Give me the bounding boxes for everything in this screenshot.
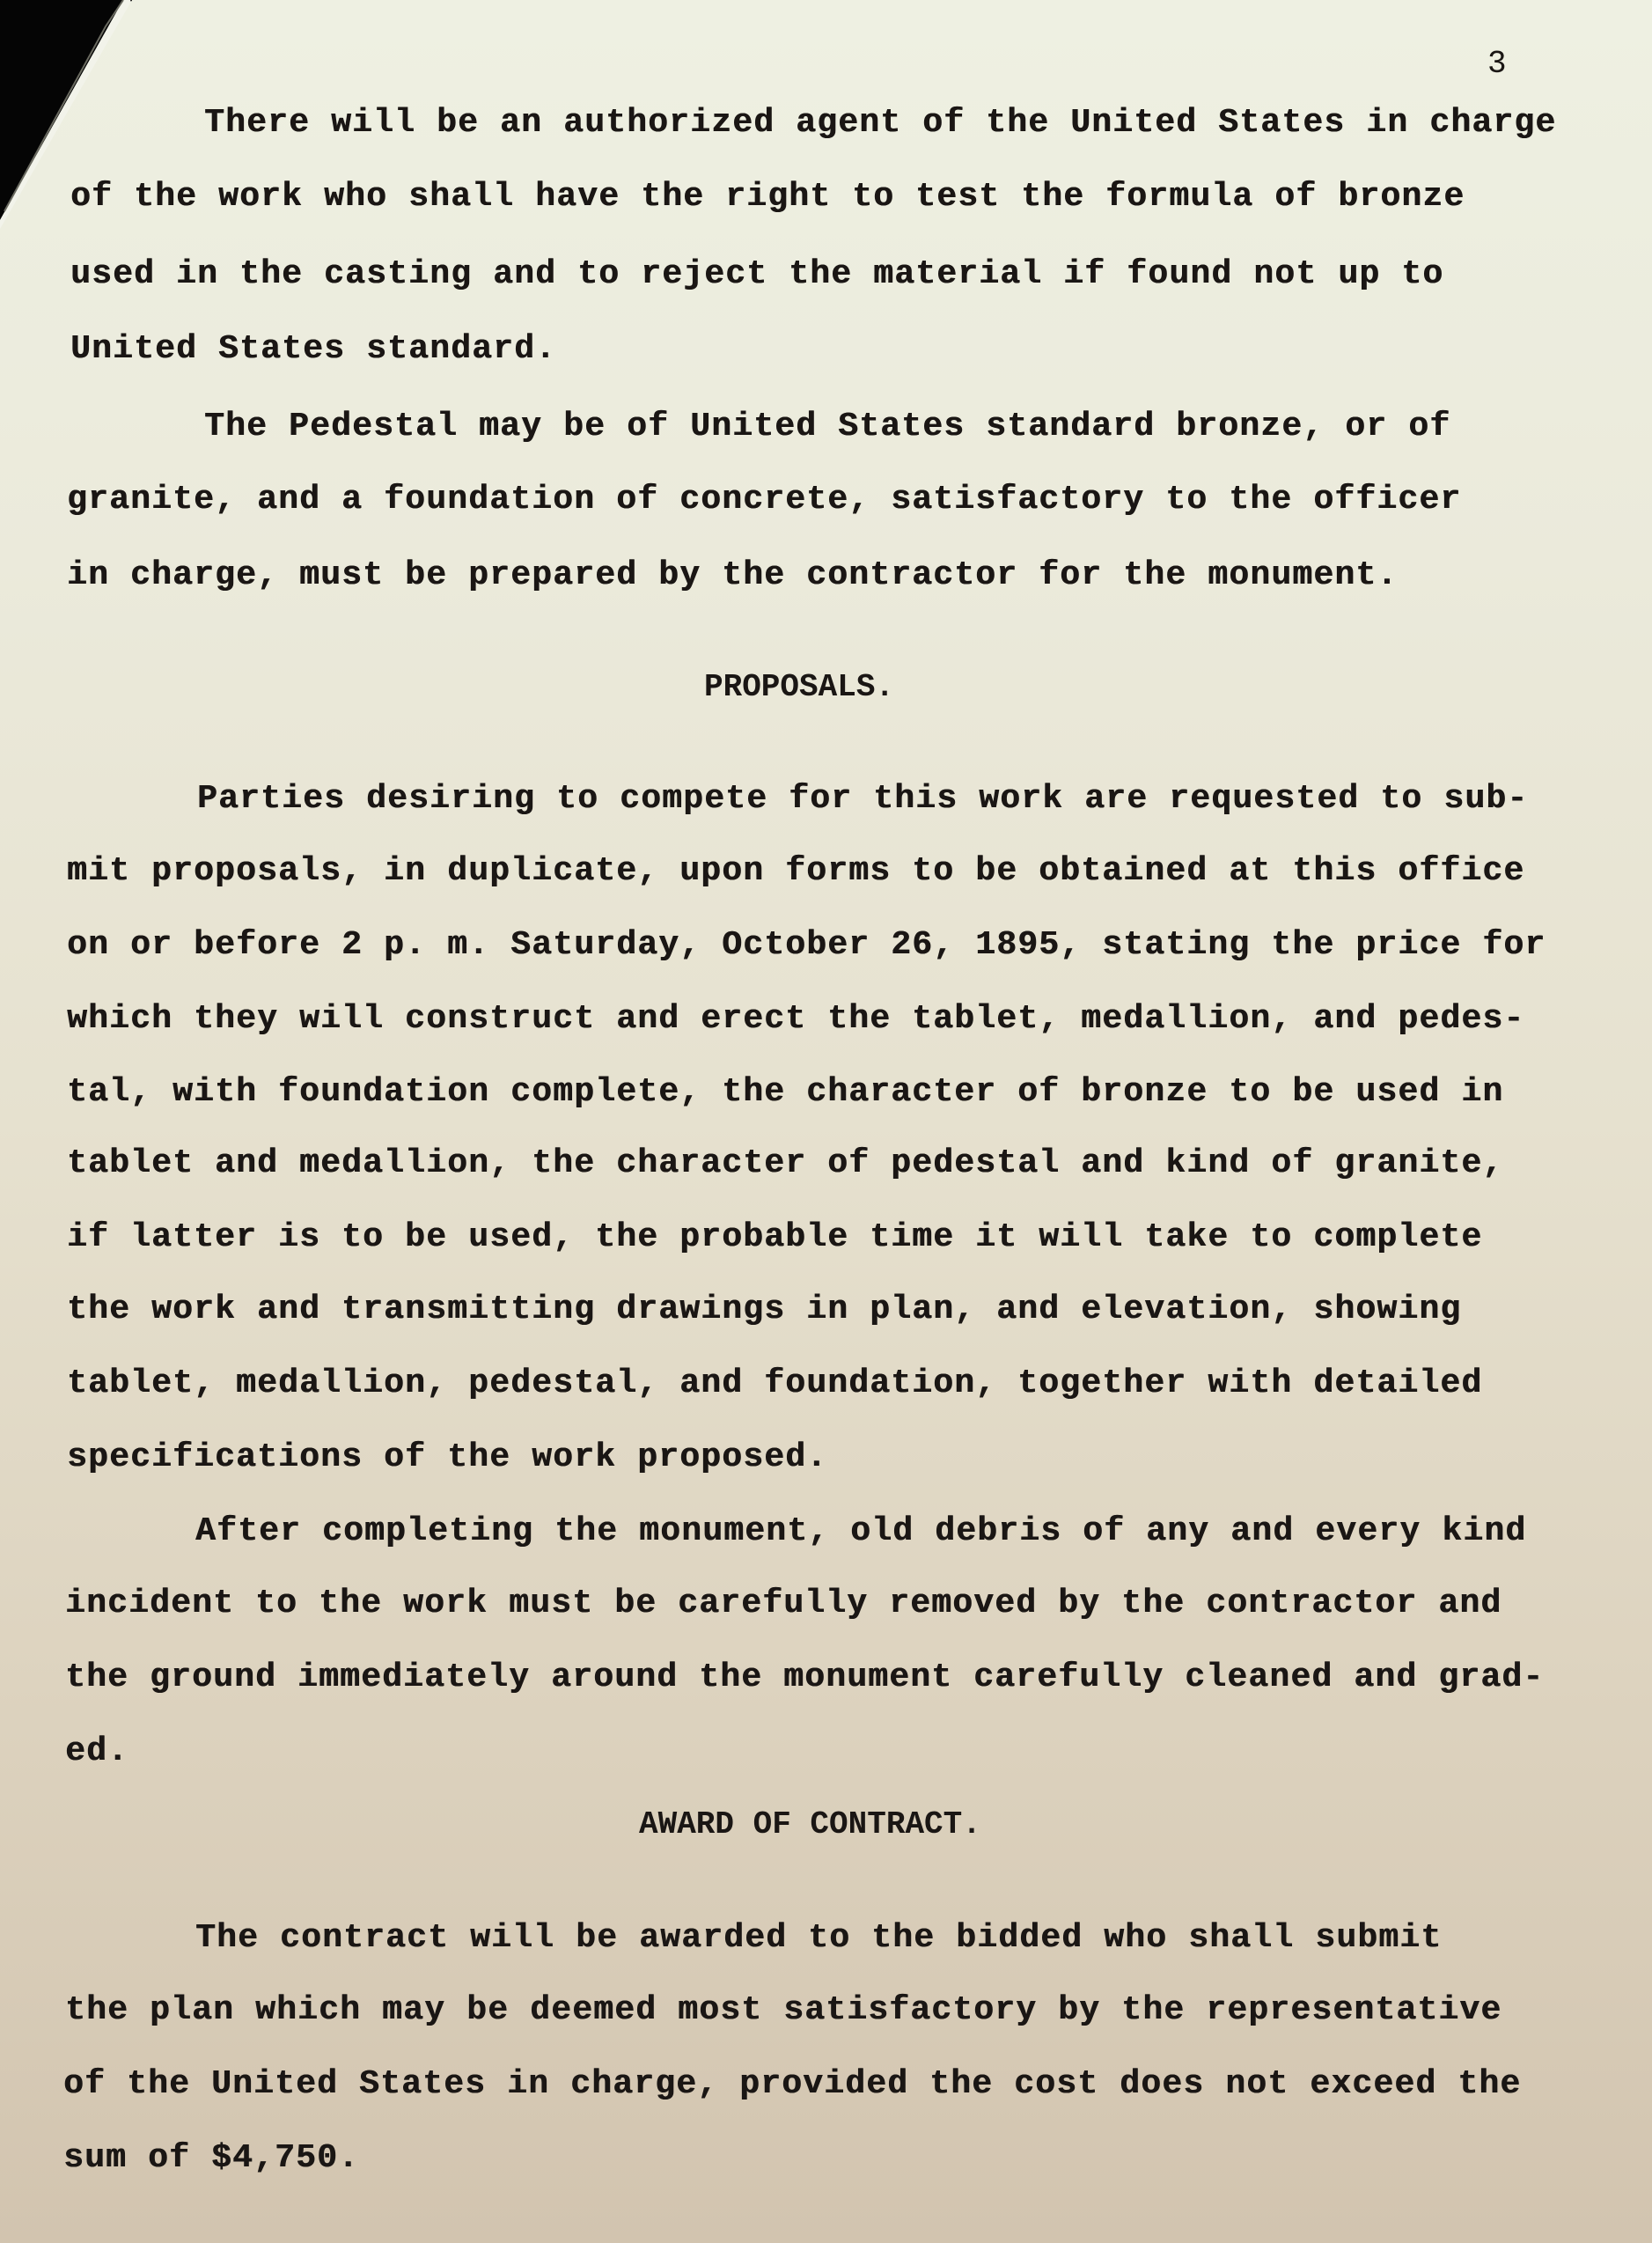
text-line: of the work who shall have the right to … [70, 178, 1465, 216]
text-line: tal, with foundation complete, the chara… [67, 1073, 1503, 1111]
text-line: used in the casting and to reject the ma… [70, 255, 1443, 293]
text-line: granite, and a foundation of concrete, s… [67, 481, 1461, 518]
text-line: in charge, must be prepared by the contr… [67, 556, 1398, 594]
text-line: There will be an authorized agent of the… [204, 104, 1556, 142]
text-line: the ground immediately around the monume… [65, 1658, 1544, 1696]
text-line: the plan which may be deemed most satisf… [65, 1991, 1501, 2029]
text-line: the work and transmitting drawings in pl… [67, 1291, 1461, 1328]
text-line: The Pedestal may be of United States sta… [204, 408, 1450, 445]
text-line: tablet, medallion, pedestal, and foundat… [67, 1364, 1482, 1402]
text-line: mit proposals, in duplicate, upon forms … [67, 852, 1524, 890]
text-line: Parties desiring to compete for this wor… [197, 780, 1528, 818]
text-line: which they will construct and erect the … [67, 1000, 1524, 1038]
text-line: on or before 2 p. m. Saturday, October 2… [67, 926, 1546, 964]
text-line: The contract will be awarded to the bidd… [195, 1919, 1442, 1957]
text-line: sum of $4,750. [63, 2139, 359, 2177]
text-line: incident to the work must be carefully r… [65, 1585, 1501, 1622]
text-line: tablet and medallion, the character of p… [67, 1144, 1503, 1182]
text-line: After completing the monument, old debri… [195, 1512, 1526, 1550]
section-heading-award: AWARD OF CONTRACT. [639, 1806, 981, 1842]
text-line: United States standard. [70, 330, 556, 368]
text-line: ed. [65, 1732, 128, 1770]
text-line: if latter is to be used, the probable ti… [67, 1218, 1482, 1256]
text-line: of the United States in charge, provided… [63, 2065, 1521, 2103]
page-number: 3 [1487, 46, 1507, 82]
text-line: specifications of the work proposed. [67, 1438, 827, 1476]
section-heading-proposals: PROPOSALS. [704, 669, 894, 705]
